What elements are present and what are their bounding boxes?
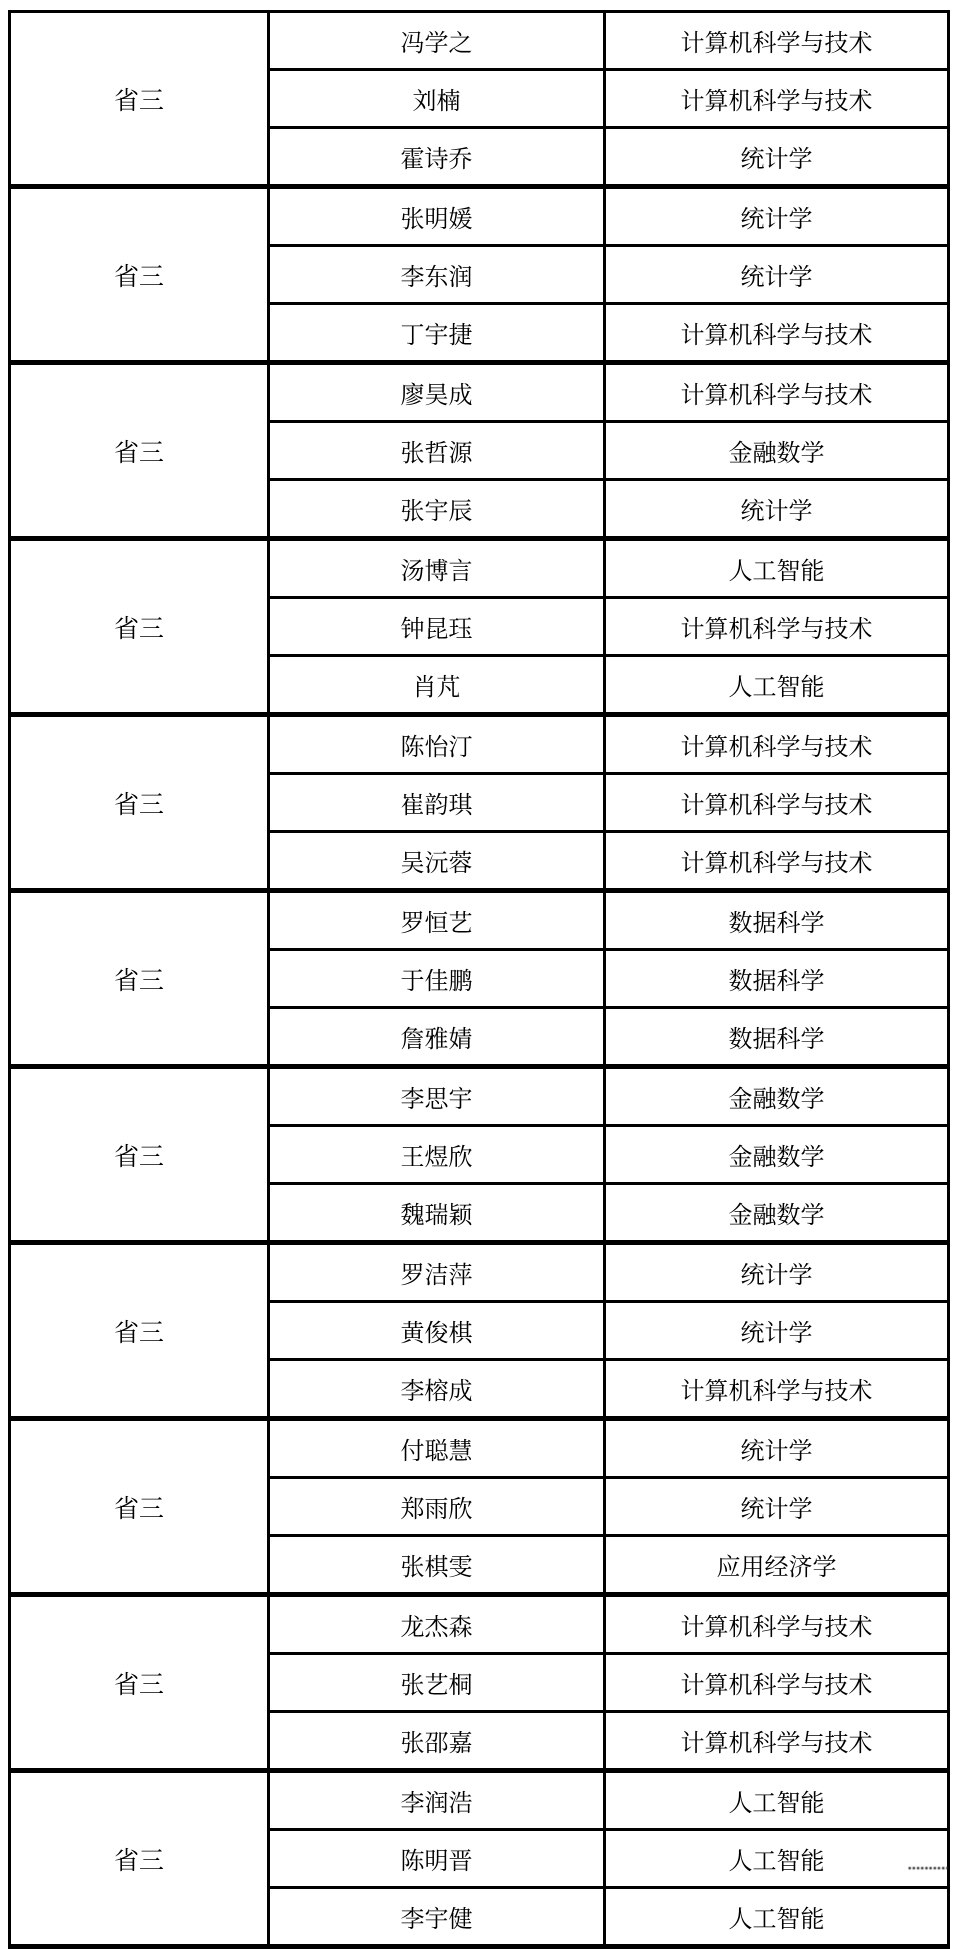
major-cell: 计算机科学与技术: [605, 1712, 949, 1771]
student-name-cell: 丁宇捷: [269, 304, 605, 363]
student-name-cell: 李榕成: [269, 1360, 605, 1419]
student-name-cell: 张明媛: [269, 187, 605, 246]
award-group: 省三 龙杰森 计算机科学与技术 张艺桐 计算机科学与技术 张邵嘉 计算机科学与技…: [10, 1595, 949, 1771]
student-name-cell: 钟昆珏: [269, 598, 605, 656]
student-name-cell: 龙杰森: [269, 1595, 605, 1654]
award-level-cell: 省三: [10, 715, 269, 891]
student-name-cell: 张邵嘉: [269, 1712, 605, 1771]
award-level-cell: 省三: [10, 1595, 269, 1771]
major-cell: 统计学: [605, 1478, 949, 1536]
student-name-cell: 于佳鹏: [269, 950, 605, 1008]
major-cell: 金融数学: [605, 422, 949, 480]
table-row: 省三 汤博言 人工智能: [10, 539, 949, 598]
award-level-cell: 省三: [10, 187, 269, 363]
major-cell: 计算机科学与技术: [605, 1595, 949, 1654]
major-cell: 人工智能: [605, 656, 949, 715]
major-cell: 计算机科学与技术: [605, 715, 949, 774]
student-name-cell: 陈怡汀: [269, 715, 605, 774]
award-level-cell: 省三: [10, 1067, 269, 1243]
table-row: 省三 罗恒艺 数据科学: [10, 891, 949, 950]
student-name-cell: 李东润: [269, 246, 605, 304]
major-cell: 人工智能: [605, 539, 949, 598]
student-name-cell: 李宇健: [269, 1888, 605, 1947]
major-cell: 计算机科学与技术: [605, 1654, 949, 1712]
student-name-cell: 崔韵琪: [269, 774, 605, 832]
award-group: 省三 付聪慧 统计学 郑雨欣 统计学 张棋雯 应用经济学: [10, 1419, 949, 1595]
table-row: 省三 张明媛 统计学: [10, 187, 949, 246]
major-cell: 计算机科学与技术: [605, 832, 949, 891]
award-group: 省三 李润浩 人工智能 陈明晋 人工智能 李宇健 人工智能: [10, 1771, 949, 1947]
major-cell: 人工智能: [605, 1771, 949, 1830]
award-level-cell: 省三: [10, 1419, 269, 1595]
award-group: 省三 罗洁萍 统计学 黄俊棋 统计学 李榕成 计算机科学与技术: [10, 1243, 949, 1419]
major-cell: 人工智能: [605, 1830, 949, 1888]
award-level-cell: 省三: [10, 539, 269, 715]
table-row: 省三 冯学之 计算机科学与技术: [10, 12, 949, 70]
table-row: 省三 李润浩 人工智能: [10, 1771, 949, 1830]
student-name-cell: 陈明晋: [269, 1830, 605, 1888]
award-group: 省三 陈怡汀 计算机科学与技术 崔韵琪 计算机科学与技术 吴沅蓉 计算机科学与技…: [10, 715, 949, 891]
student-name-cell: 黄俊棋: [269, 1302, 605, 1360]
student-name-cell: 张宇辰: [269, 480, 605, 539]
student-name-cell: 廖昊成: [269, 363, 605, 422]
major-cell: 金融数学: [605, 1126, 949, 1184]
major-cell: 统计学: [605, 128, 949, 187]
student-name-cell: 张棋雯: [269, 1536, 605, 1595]
table-row: 省三 付聪慧 统计学: [10, 1419, 949, 1478]
watermark: ▪▪▪▪▪▪▪▪▪▪: [850, 1861, 950, 1875]
award-group: 省三 汤博言 人工智能 钟昆珏 计算机科学与技术 肖芃 人工智能: [10, 539, 949, 715]
student-name-cell: 付聪慧: [269, 1419, 605, 1478]
major-cell: 统计学: [605, 246, 949, 304]
award-level-cell: 省三: [10, 363, 269, 539]
major-cell: 计算机科学与技术: [605, 774, 949, 832]
major-cell: 计算机科学与技术: [605, 363, 949, 422]
student-name-cell: 冯学之: [269, 12, 605, 70]
student-name-cell: 李思宇: [269, 1067, 605, 1126]
student-name-cell: 罗恒艺: [269, 891, 605, 950]
major-cell: 数据科学: [605, 950, 949, 1008]
major-cell: 计算机科学与技术: [605, 304, 949, 363]
table-row: 省三 廖昊成 计算机科学与技术: [10, 363, 949, 422]
student-name-cell: 罗洁萍: [269, 1243, 605, 1302]
student-name-cell: 肖芃: [269, 656, 605, 715]
award-group: 省三 冯学之 计算机科学与技术 刘楠 计算机科学与技术 霍诗乔 统计学: [10, 12, 949, 187]
student-name-cell: 王煜欣: [269, 1126, 605, 1184]
student-name-cell: 张艺桐: [269, 1654, 605, 1712]
major-cell: 计算机科学与技术: [605, 598, 949, 656]
table-row: 省三 龙杰森 计算机科学与技术: [10, 1595, 949, 1654]
major-cell: 统计学: [605, 1302, 949, 1360]
major-cell: 计算机科学与技术: [605, 12, 949, 70]
student-name-cell: 李润浩: [269, 1771, 605, 1830]
major-cell: 统计学: [605, 1419, 949, 1478]
major-cell: 金融数学: [605, 1067, 949, 1126]
major-cell: 人工智能: [605, 1888, 949, 1947]
student-name-cell: 霍诗乔: [269, 128, 605, 187]
major-cell: 应用经济学: [605, 1536, 949, 1595]
student-name-cell: 汤博言: [269, 539, 605, 598]
award-group: 省三 李思宇 金融数学 王煜欣 金融数学 魏瑞颖 金融数学: [10, 1067, 949, 1243]
table-row: 省三 李思宇 金融数学: [10, 1067, 949, 1126]
student-name-cell: 刘楠: [269, 70, 605, 128]
major-cell: 统计学: [605, 480, 949, 539]
award-group: 省三 罗恒艺 数据科学 于佳鹏 数据科学 詹雅婧 数据科学: [10, 891, 949, 1067]
major-cell: 数据科学: [605, 891, 949, 950]
student-name-cell: 魏瑞颖: [269, 1184, 605, 1243]
major-cell: 数据科学: [605, 1008, 949, 1067]
student-name-cell: 郑雨欣: [269, 1478, 605, 1536]
award-level-cell: 省三: [10, 1243, 269, 1419]
award-group: 省三 张明媛 统计学 李东润 统计学 丁宇捷 计算机科学与技术: [10, 187, 949, 363]
table-row: 省三 罗洁萍 统计学: [10, 1243, 949, 1302]
award-list-table: 省三 冯学之 计算机科学与技术 刘楠 计算机科学与技术 霍诗乔 统计学 省三 张…: [8, 10, 950, 1949]
award-level-cell: 省三: [10, 12, 269, 187]
major-cell: 统计学: [605, 187, 949, 246]
major-cell: 金融数学: [605, 1184, 949, 1243]
award-group: 省三 廖昊成 计算机科学与技术 张哲源 金融数学 张宇辰 统计学: [10, 363, 949, 539]
student-name-cell: 吴沅蓉: [269, 832, 605, 891]
award-level-cell: 省三: [10, 891, 269, 1067]
student-name-cell: 詹雅婧: [269, 1008, 605, 1067]
award-level-cell: 省三: [10, 1771, 269, 1947]
major-cell: 计算机科学与技术: [605, 70, 949, 128]
table-row: 省三 陈怡汀 计算机科学与技术: [10, 715, 949, 774]
major-cell: 计算机科学与技术: [605, 1360, 949, 1419]
student-name-cell: 张哲源: [269, 422, 605, 480]
major-cell: 统计学: [605, 1243, 949, 1302]
